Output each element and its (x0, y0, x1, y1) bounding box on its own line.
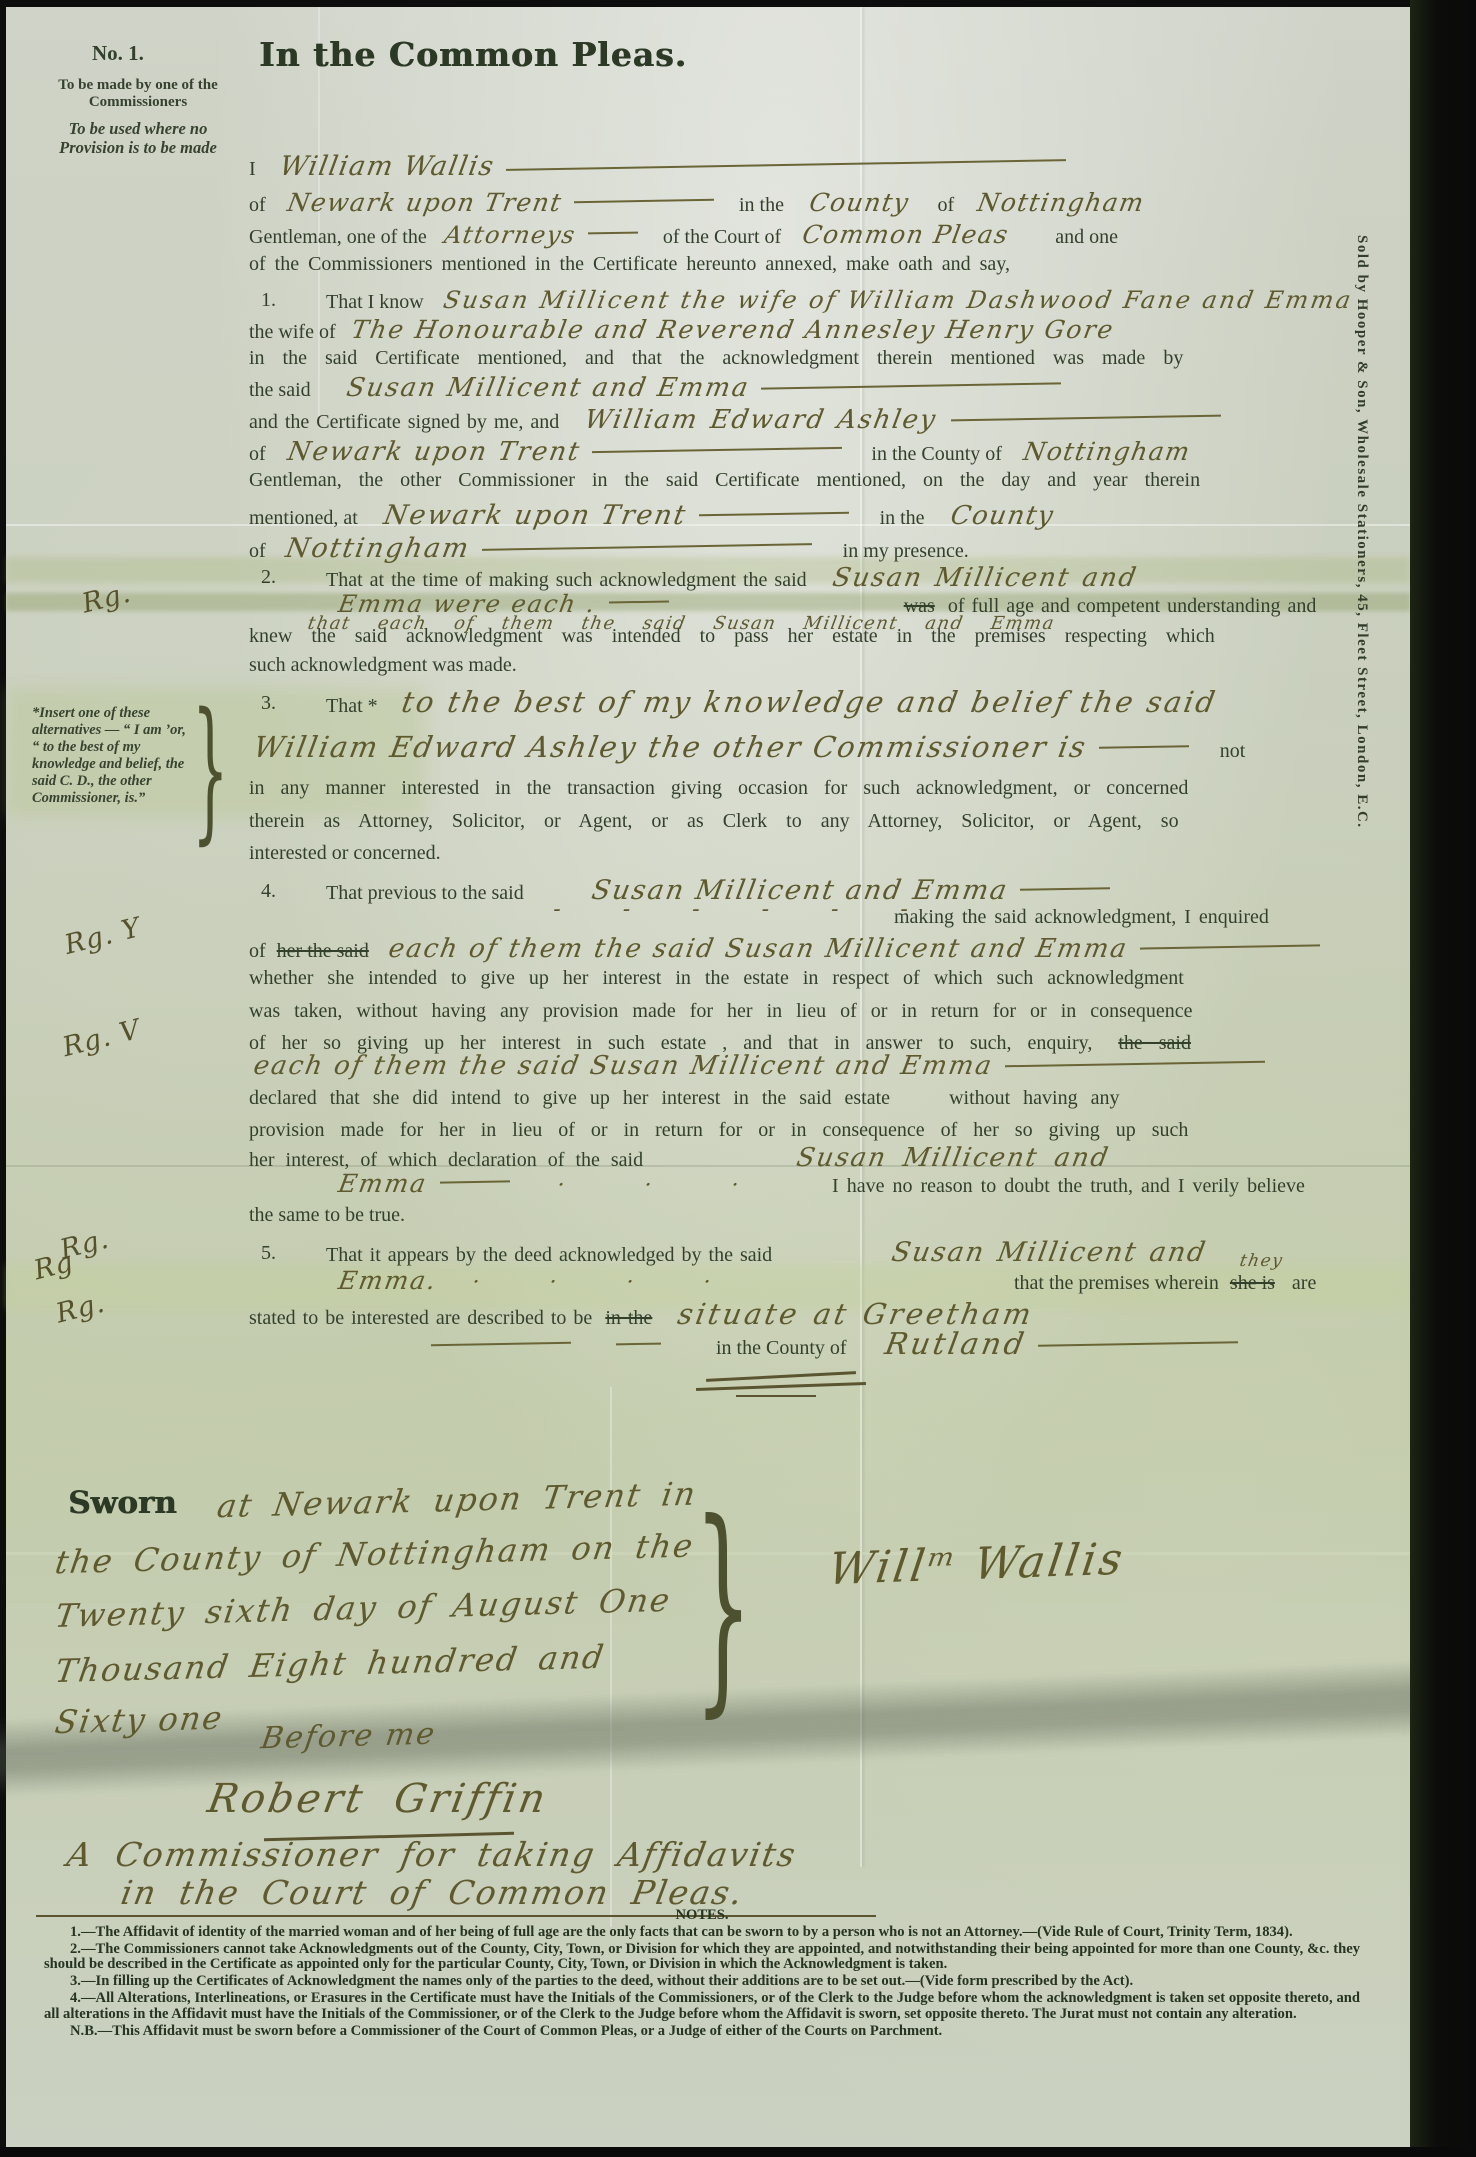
printed-text: declared that she did intend to give up … (249, 1087, 890, 1109)
co-commissioner-entry: William Edward Ashley the other Commissi… (251, 730, 1090, 765)
item-2-interlineation: that each of them the said Susan Millice… (306, 611, 1053, 635)
opening-line-3: Gentleman, one of the Attorneys of the C… (249, 220, 1118, 250)
printed-text: That it appears by the deed acknowledged… (326, 1244, 772, 1266)
printed-text: interested or concerned. (249, 842, 441, 864)
item-4-line-9: provision made for her in lieu of or in … (249, 1118, 1188, 1142)
item-4-number: 4. (261, 879, 276, 903)
ink-stroke (699, 512, 849, 517)
note-3: 3.—In filling up the Certificates of Ack… (44, 1974, 1360, 1990)
jurat-line-1: at Newark upon Trent in (214, 1475, 694, 1526)
printed-text: are (1292, 1272, 1316, 1294)
parties-entry: Susan Millicent and (889, 1237, 1209, 1269)
signature-text: Robert Griffin (204, 1775, 552, 1823)
form-number: No. 1. (92, 41, 144, 66)
jurat-line-5: Sixty one (52, 1699, 221, 1742)
item-4-line-11: Emma · · · I have no reason to doubt the… (336, 1169, 1305, 1199)
paper: No. 1. To be made by one of the Commissi… (6, 7, 1410, 2147)
before-me: Before me (258, 1717, 434, 1758)
struck-words: her the said (277, 940, 369, 962)
photo-background-edge (0, 2147, 1476, 2157)
note-4: 4.—All Alterations, Interlineations, or … (44, 1991, 1360, 2023)
jurat-entry: at Newark upon Trent in (215, 1475, 700, 1526)
commissioner-title-1: A Commissioner for taking Affidavits (64, 1835, 793, 1875)
attorneys-entry: Attorneys (442, 221, 578, 250)
printed-text: stated to be interested are described to… (249, 1307, 592, 1329)
item-2-line-4: such acknowledgment was made. (249, 653, 517, 677)
ink-flourish (706, 1371, 856, 1382)
residence: Newark upon Trent (285, 188, 565, 218)
printed-text: of the Commissioners mentioned in the Ce… (249, 253, 1010, 275)
item-4-line-7: each of them the said Susan Millicent an… (251, 1051, 1265, 1082)
item-4-line-8: declared that she did intend to give up … (249, 1086, 1120, 1110)
ink-stroke (1140, 945, 1320, 950)
provision-note-text: To be used where no Provision is to be m… (59, 119, 217, 157)
commissioner-title-2: in the Court of Common Pleas. (118, 1873, 740, 1913)
printed-text: of (249, 540, 266, 562)
county-name: Nottingham (975, 188, 1147, 218)
place-entry: Newark upon Trent (381, 500, 689, 532)
printed-text: that the premises wherein (1014, 1272, 1219, 1294)
opening-line-1: I William Wallis (249, 151, 1066, 183)
item-1-line-9: of Nottingham in my presence. (249, 533, 969, 565)
margin-initials: Rg. (79, 578, 134, 620)
printed-text: in the (880, 507, 925, 529)
printed-text: the said (249, 379, 311, 401)
ink-stroke (1099, 746, 1189, 750)
jurat-entry: Twenty sixth day of August One (53, 1581, 674, 1636)
county-entry: Rutland (882, 1327, 1029, 1363)
printed-text: such acknowledgment was made. (249, 654, 517, 676)
item-1-line-1: That I know Susan Millicent the wife of … (326, 286, 1350, 315)
printed-text: Gentleman, the other Commissioner in the… (249, 469, 1200, 491)
printed-text: of (249, 443, 266, 465)
jurat-line-2: the County of Nottingham on the (52, 1527, 692, 1582)
photo-background-edge (1410, 0, 1476, 2157)
note-1: 1.—The Affidavit of identity of the marr… (44, 1925, 1360, 1941)
margin-initials: Rg. Y (61, 912, 144, 961)
struck-words: she is (1230, 1272, 1275, 1294)
item-number: 5. (261, 1242, 276, 1264)
ink-stroke (482, 544, 812, 552)
printed-text: and the Certificate signed by me, and (249, 411, 559, 433)
printed-text: of the Court of (663, 226, 781, 248)
interlined-entry: each of them the said Susan Millicent an… (251, 1051, 996, 1082)
notes-section: NOTES. 1.—The Affidavit of identity of t… (44, 1908, 1360, 2040)
initials-text: Rg. V (59, 1014, 143, 1063)
ink-flourish (696, 1382, 866, 1391)
margin-initials: Rg. V (59, 1014, 143, 1063)
printed-text: the same to be true. (249, 1204, 405, 1226)
printed-text: was taken, without having any provision … (249, 1000, 1192, 1022)
printed-text: in the said Certificate mentioned, and t… (249, 347, 1183, 369)
court-title-text: In the Common Pleas. (259, 35, 687, 74)
ink-flourish (736, 1395, 816, 1397)
item-5-line-4: in the County of Rutland (431, 1327, 1238, 1363)
item-4-line-5: was taken, without having any provision … (249, 999, 1192, 1023)
commissioners-note-text: To be made by one of the Commissioners (58, 77, 217, 110)
note-2: 2.—The Commissioners cannot take Acknowl… (44, 1942, 1360, 1974)
jurat-entry: the County of Nottingham on the (53, 1526, 697, 1581)
item-1-line-2: the wife of The Honourable and Reverend … (249, 315, 1111, 345)
item-4-line-2: making the said acknowledgment, I enquir… (894, 905, 1269, 929)
knowledge-entry: to the best of my knowledge and belief t… (399, 685, 1220, 720)
printed-text: of (938, 194, 955, 216)
ink-stroke (761, 383, 1061, 390)
parties-entry: Emma (336, 1169, 430, 1199)
item-3-line-5: interested or concerned. (249, 841, 441, 865)
ink-stroke (609, 601, 669, 604)
title-text: in the Court of Common Pleas. (118, 1873, 747, 1913)
printed-text: in the (739, 194, 784, 216)
item-number: 2. (261, 566, 276, 588)
county-word: County (807, 188, 912, 218)
item-5-line-2: Emma. · · · · that the premises wherein … (336, 1266, 1316, 1296)
interlined-entry: that each of them the said Susan Millice… (306, 613, 1057, 635)
note-nb: N.B.—This Affidavit must be sworn before… (44, 2024, 1360, 2040)
ink-stroke (574, 199, 714, 203)
printed-text: without having any (949, 1087, 1119, 1109)
printed-text: That at the time of making such acknowle… (326, 569, 807, 591)
before-me-text: Before me (259, 1717, 439, 1758)
item-3-line-4: therein as Attorney, Solicitor, or Agent… (249, 809, 1179, 833)
item-1-number: 1. (261, 288, 276, 312)
interlined-word: they (1238, 1251, 1285, 1271)
printed-text: That previous to the said (326, 882, 524, 904)
printed-text: Gentleman, one of the (249, 226, 427, 248)
husband-name: The Honourable and Reverend Annesley Hen… (349, 315, 1117, 345)
ink-stroke (1038, 1342, 1238, 1347)
county-entry: Nottingham (1021, 437, 1193, 467)
opening-line-4: of the Commissioners mentioned in the Ce… (249, 252, 1010, 276)
ink-dots: · · · · (470, 1270, 714, 1296)
court-name-entry: Common Pleas (800, 220, 1011, 250)
item-number: 4. (261, 880, 276, 902)
item-number: 3. (261, 692, 276, 714)
ink-stroke (506, 160, 1066, 172)
stationer-imprint: Sold by Hooper & Son, Wholesale Statione… (1353, 235, 1370, 1095)
printed-text: mentioned, at (249, 507, 358, 529)
deponent-signature: Willᵐ Wallis (823, 1534, 1121, 1597)
ink-ticks: - - - - - - (551, 897, 912, 923)
notes-heading: NOTES. (44, 1908, 1360, 1924)
printed-text: making the said acknowledgment, I enquir… (894, 906, 1269, 928)
printed-text: of (249, 940, 266, 962)
jurat-entry: Sixty one (53, 1699, 227, 1742)
item-3-line-1: That * to the best of my knowledge and b… (326, 685, 1214, 720)
printed-text: not (1220, 740, 1246, 762)
printed-text: therein as Attorney, Solicitor, or Agent… (249, 810, 1179, 832)
ink-stroke (592, 447, 842, 453)
item-4-line-3: of her the said each of them the said Su… (249, 934, 1320, 965)
commissioners-note: To be made by one of the Commissioners (36, 77, 240, 111)
jurat-line-4: Thousand Eight hundred and (52, 1638, 603, 1691)
ink-stroke (1005, 1061, 1265, 1068)
ink-stroke (440, 1181, 510, 1184)
printed-text: and one (1055, 226, 1118, 248)
provision-note: To be used where no Provision is to be m… (36, 119, 240, 157)
title-text: A Commissioner for taking Affidavits (64, 1835, 800, 1875)
printed-text: the wife of (249, 321, 336, 343)
item-3-number: 3. (261, 691, 276, 715)
struck-words: in the (605, 1307, 652, 1329)
jurat-entry: Thousand Eight hundred and (53, 1638, 608, 1691)
initials-text: Rg. Y (61, 912, 144, 961)
item-1-line-3: in the said Certificate mentioned, and t… (249, 346, 1183, 370)
item-1-line-4: the said Susan Millicent and Emma (249, 373, 1061, 404)
married-women-names: Susan Millicent the wife of William Dash… (441, 286, 1355, 315)
correction-wrap: she is they (1224, 1271, 1275, 1295)
asterisk-note: *Insert one of these alternatives — “ I … (32, 705, 194, 807)
signature-text: Willᵐ Wallis (825, 1534, 1128, 1597)
item-1-line-5: and the Certificate signed by me, and Wi… (249, 405, 1221, 436)
margin-brace: } (192, 683, 229, 861)
item-5-number: 5. (261, 1241, 276, 1265)
item-number: 1. (261, 289, 276, 311)
item-3-line-3: in any manner interested in the transact… (249, 776, 1188, 800)
ink-stroke (431, 1342, 571, 1346)
ink-dots: · · · (555, 1173, 742, 1199)
stationer-imprint-text: Sold by Hooper & Son, Wholesale Statione… (1354, 235, 1370, 829)
county-word-entry: County (948, 501, 1057, 532)
item-3-line-2: William Edward Ashley the other Commissi… (251, 730, 1245, 765)
item-1-line-7: Gentleman, the other Commissioner in the… (249, 468, 1200, 492)
document-page: No. 1. To be made by one of the Commissi… (0, 0, 1476, 2157)
printed-text: whether she intended to give up her inte… (249, 967, 1184, 989)
form-number-text: No. 1. (92, 41, 144, 65)
printed-text: provision made for her in lieu of or in … (249, 1119, 1188, 1141)
ink-stroke (588, 232, 638, 235)
asterisk-note-text: *Insert one of these alternatives — “ I … (32, 705, 186, 806)
item-4-line-12: the same to be true. (249, 1203, 405, 1227)
court-title: In the Common Pleas. (259, 35, 687, 75)
printed-text: in the County of (871, 443, 1002, 465)
parties-entry: Emma. (336, 1266, 440, 1296)
ink-stroke (951, 415, 1221, 422)
item-4-line-4: whether she intended to give up her inte… (249, 966, 1184, 990)
printed-text: I (249, 158, 256, 180)
acknowledging-parties: Susan Millicent and Emma (344, 373, 752, 404)
residence-entry: Newark upon Trent (285, 437, 583, 468)
printed-text: That I know (326, 291, 424, 313)
item-1-line-8: mentioned, at Newark upon Trent in the C… (249, 500, 1051, 532)
interlined-entry: each of them the said Susan Millicent an… (386, 934, 1131, 965)
item-4-tick-marks: - - - - - - (551, 897, 907, 923)
ink-stroke (616, 1343, 661, 1346)
item-2-number: 2. (261, 565, 276, 589)
printed-text: in any manner interested in the transact… (249, 777, 1188, 799)
opening-line-2: of Newark upon Trent in the County of No… (249, 188, 1142, 218)
jurat-brace: } (694, 1475, 753, 1737)
item-1-line-6: of Newark upon Trent in the County of No… (249, 437, 1188, 468)
commissioner-signature: Robert Griffin (204, 1775, 543, 1823)
printed-text: in the County of (716, 1337, 847, 1359)
jurat-line-3: Twenty sixth day of August One (52, 1581, 669, 1635)
printed-text: in my presence. (843, 540, 969, 562)
printed-text: That * (326, 695, 378, 717)
deponent-name: William Wallis (277, 151, 497, 183)
county-entry: Nottingham (283, 533, 473, 565)
printed-text: I have no reason to doubt the truth, and… (832, 1175, 1305, 1197)
initials-text: Rg. (79, 578, 134, 620)
co-commissioner-name: William Edward Ashley (582, 405, 939, 436)
ink-stroke (1020, 888, 1110, 892)
sworn-label-text: Sworn (68, 1485, 177, 1521)
item-5-line-1: That it appears by the deed acknowledged… (326, 1237, 1204, 1269)
sworn-label: Sworn (68, 1485, 177, 1522)
printed-text: her interest, of which declaration of th… (249, 1149, 643, 1171)
printed-text: of (249, 194, 266, 216)
